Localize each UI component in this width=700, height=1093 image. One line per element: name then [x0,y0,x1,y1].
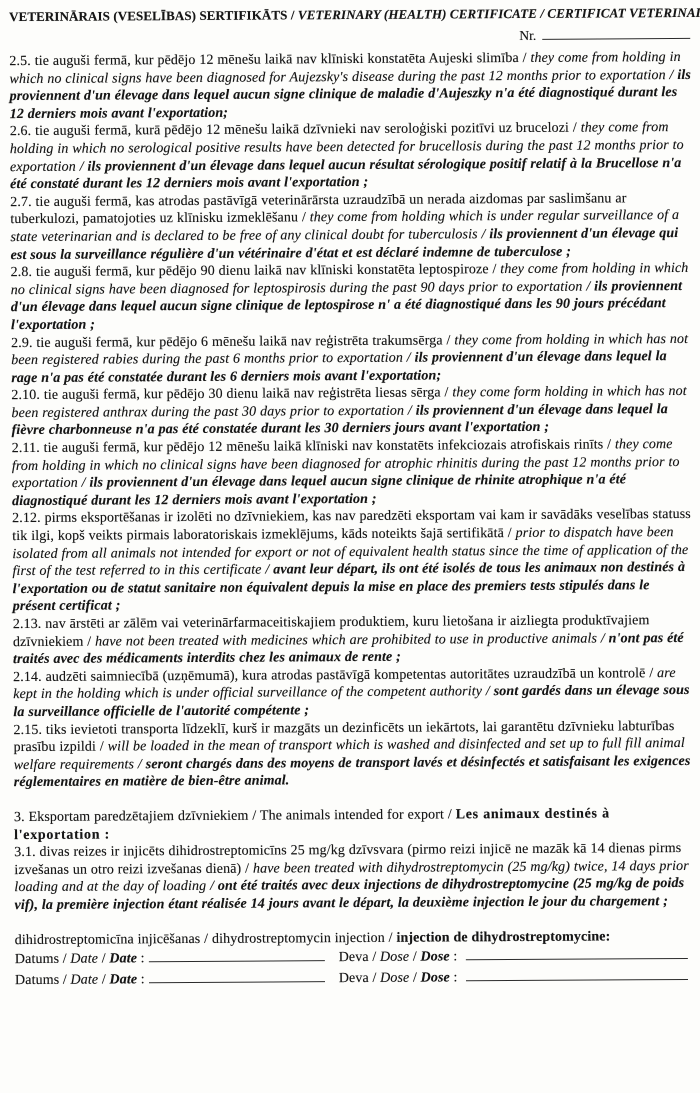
separator: / [59,952,70,967]
dose-label: Deva / Dose / Dose : [339,968,458,989]
dose-label-en: Dose [380,950,409,965]
document-title-english-french: VETERINARY (HEALTH) CERTIFICATE / CERTIF… [298,5,700,23]
separator: / [369,950,380,965]
separator: / [98,952,109,967]
colon: : [450,949,458,964]
separator: / [98,973,109,988]
dose-blank-field [465,945,688,960]
date-label-lv: Datums [15,952,59,967]
en-text: have not been treated with medicines whi… [95,631,609,649]
dose-label-lv: Deva [339,971,369,986]
lv-text: 2.8. tie auguši fermā, kur pēdējo 90 die… [11,262,501,280]
clause-2-7: 2.7. tie auguši fermā, kas atrodas pastā… [10,190,693,265]
date-label-en: Date [70,973,98,988]
date-label: Datums / Date / Date : [15,970,145,991]
date-label: Datums / Date / Date : [15,949,145,970]
lv-text: 2.14. audzēti saimniecībā (uzņēmumā), ku… [13,666,657,685]
clause-2-11: 2.11. tie auguši fermā, kur pēdējo 12 mē… [12,436,695,511]
separator: / [369,971,380,986]
document-title: VETERINĀRAIS (VESELĪBAS) SERTIFIKĀTS / V… [9,5,692,25]
lv-text: 2.9. tie auguši fermā, kur pēdējo 6 mēne… [11,333,454,351]
certificate-page: VETERINĀRAIS (VESELĪBAS) SERTIFIKĀTS / V… [0,0,700,1093]
certificate-number-blank [542,25,690,40]
fr-text: ils proviennent d'un élevage dans lequel… [12,473,626,509]
clause-2-13: 2.13. nav ārstēti ar zālēm vai veterinār… [13,612,696,669]
fr-text: injection de dihydrostreptomycine: [396,929,610,945]
clause-2-15: 2.15. tiks ievietoti transporta līdzeklī… [13,717,696,792]
clause-2-8: 2.8. tie auguši fermā, kur pēdējo 90 die… [11,260,694,335]
dose-label-lv: Deva [339,950,369,965]
date-label-fr: Date [109,951,137,966]
separator: / [59,973,70,988]
dose-label: Deva / Dose / Dose : [339,947,458,968]
fr-text: ils proviennent d'un élevage dans lequel… [10,156,681,193]
date-label-lv: Datums [15,973,59,988]
injection-row-2: Datums / Date / Date : Deva / Dose / Dos… [15,966,698,991]
lv-text: 2.5. tie auguši fermā, kur pēdējo 12 mēn… [9,51,530,69]
colon: : [137,972,145,987]
clause-2-12: 2.12. pirms eksportēšanas ir izolēti no … [12,506,696,616]
lv-text: 3. Eksportam paredzētajiem dzīvniekiem / [14,809,260,826]
date-label-fr: Date [109,972,137,987]
lv-text: 2.6. tie auguši fermā, kurā pēdējo 12 mē… [10,121,581,139]
lv-text: 2.10. tie auguši fermā, kur pēdējo 30 di… [11,386,452,404]
date-blank-field [149,968,325,983]
dose-label-fr: Dose [420,950,449,965]
colon: : [450,970,458,985]
clause-2-14: 2.14. audzēti saimniecībā (uzņēmumā), ku… [13,665,696,722]
certificate-clauses: 2.5. tie auguši fermā, kur pēdējo 12 mēn… [9,49,697,949]
clause-2-5: 2.5. tie auguši fermā, kur pēdējo 12 mēn… [9,49,692,124]
en-text: The animals intended for export / [260,807,456,823]
lv-text: 2.11. tie auguši fermā, kur pēdējo 12 mē… [12,437,615,456]
section-3-heading: 3. Eksportam paredzētajiem dzīvniekiem /… [14,805,697,844]
clause-2-9: 2.9. tie auguši fermā, kur pēdējo 6 mēne… [11,330,694,387]
colon: : [137,951,145,966]
dose-blank-field [465,966,688,981]
date-label-en: Date [70,952,98,967]
clause-2-6: 2.6. tie auguši fermā, kurā pēdējo 12 mē… [10,119,693,194]
dose-label-en: Dose [380,971,409,986]
document-title-latvian: VETERINĀRAIS (VESELĪBAS) SERTIFIKĀTS / [9,7,298,24]
lv-en-text: dihidrostreptomicīna injicēšanas / dihyd… [15,930,397,947]
clause-2-10: 2.10. tie auguši fermā, kur pēdējo 30 di… [11,383,694,440]
certificate-number-label: Nr. [519,28,536,43]
date-blank-field [149,947,325,962]
dose-label-fr: Dose [421,971,450,986]
clause-3-1: 3.1. divas reizes ir injicēts dihidrostr… [14,840,697,915]
separator: / [409,950,420,965]
separator: / [409,971,420,986]
certificate-number-line: Nr. [9,25,690,47]
